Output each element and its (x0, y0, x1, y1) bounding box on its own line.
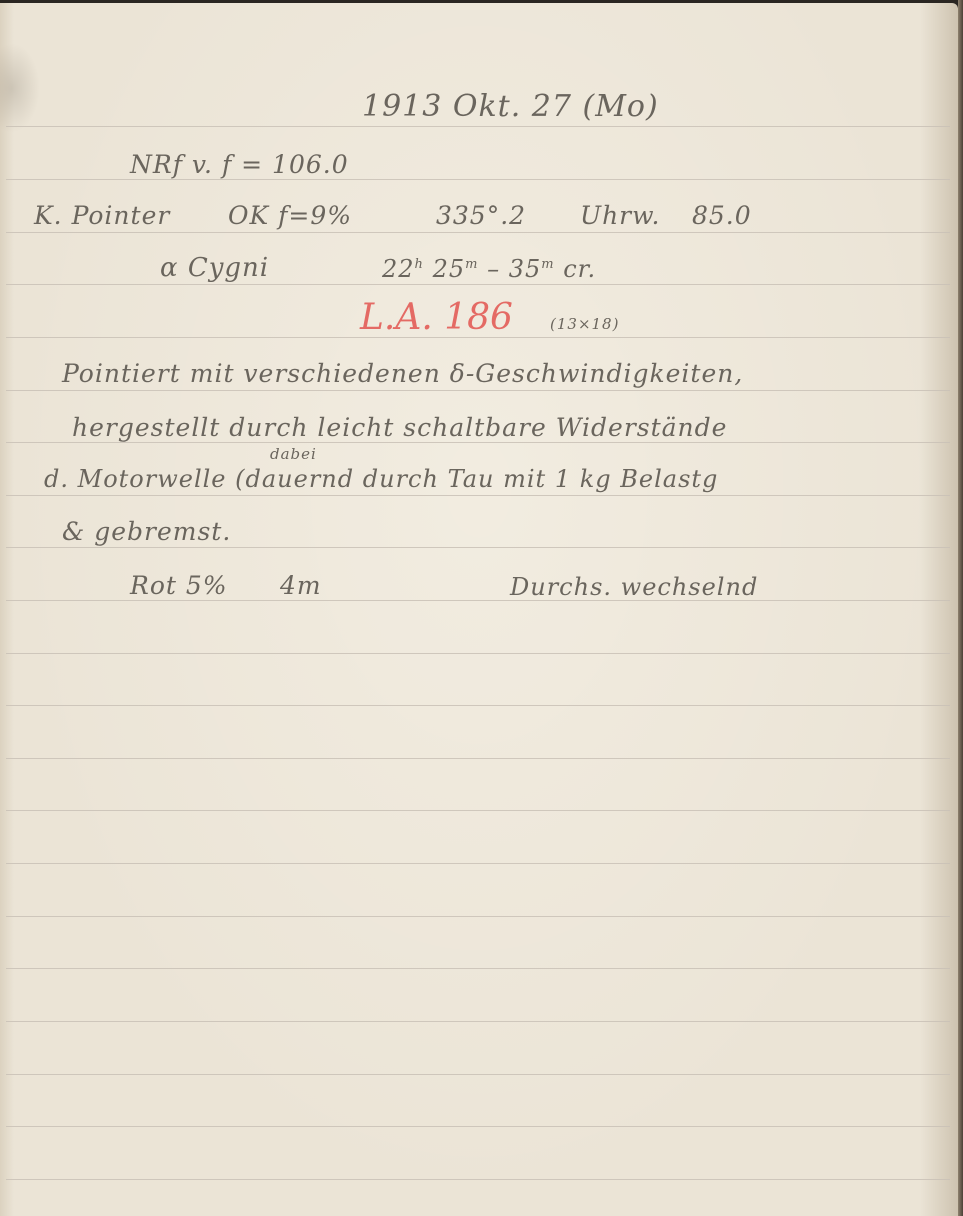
body-line-2: hergestellt durch leicht schaltbare Wide… (72, 413, 727, 442)
ruled-line (6, 916, 950, 917)
ruled-line (6, 126, 950, 127)
page-smudge (0, 43, 40, 133)
time-start-hours: 22 (382, 255, 415, 283)
ruled-line (6, 810, 950, 811)
ruled-line (6, 495, 950, 496)
nrf-reading: NRf v. f = 106.0 (130, 150, 349, 179)
time-suffix: cr. (563, 255, 596, 283)
ruled-line (6, 758, 950, 759)
ruled-line (6, 179, 950, 180)
ruled-line (6, 1179, 950, 1180)
clock-value: 85.0 (692, 201, 752, 230)
ruled-line (6, 284, 950, 285)
entry-date: 1913 Okt. 27 (Mo) (362, 89, 659, 124)
body-line-4: & gebremst. (62, 517, 231, 546)
pointer-ok-reading: OK f=9% (228, 201, 352, 230)
ruled-line (6, 968, 950, 969)
plate-number: L.A. 186 (360, 297, 513, 338)
plate-size: (13×18) (550, 315, 619, 333)
ruled-line (6, 1126, 950, 1127)
ruled-line (6, 390, 950, 391)
ruled-line (6, 863, 950, 864)
exposure-time: 4m (280, 571, 322, 600)
ruled-line (6, 1074, 950, 1075)
pointer-label: K. Pointer (34, 201, 170, 230)
ruled-line (6, 705, 950, 706)
seeing-note: Durchs. wechselnd (510, 573, 758, 601)
observation-time: 22h 25m – 35m cr. (382, 255, 596, 283)
star-name: α Cygni (160, 253, 269, 283)
body-line-3-insertion: dabei (270, 445, 317, 463)
ruled-line (6, 653, 950, 654)
clock-label: Uhrw. (580, 201, 661, 230)
ruled-line (6, 442, 950, 443)
ruled-line (6, 232, 950, 233)
body-line-3: d. Motorwelle (dauernd durch Tau mit 1 k… (44, 465, 718, 493)
body-line-1: Pointiert mit verschiedenen δ-Geschwindi… (62, 359, 743, 388)
time-end-minutes: 35 (509, 255, 542, 283)
notebook-page: 1913 Okt. 27 (Mo) NRf v. f = 106.0 K. Po… (0, 3, 958, 1216)
filter-setting: Rot 5% (130, 571, 228, 600)
ruled-line (6, 1021, 950, 1022)
ruled-line (6, 600, 950, 601)
ruled-line (6, 547, 950, 548)
pointer-angle: 335°.2 (436, 201, 526, 230)
notebook-spine-edge (958, 0, 963, 1216)
time-start-minutes: 25 (433, 255, 466, 283)
